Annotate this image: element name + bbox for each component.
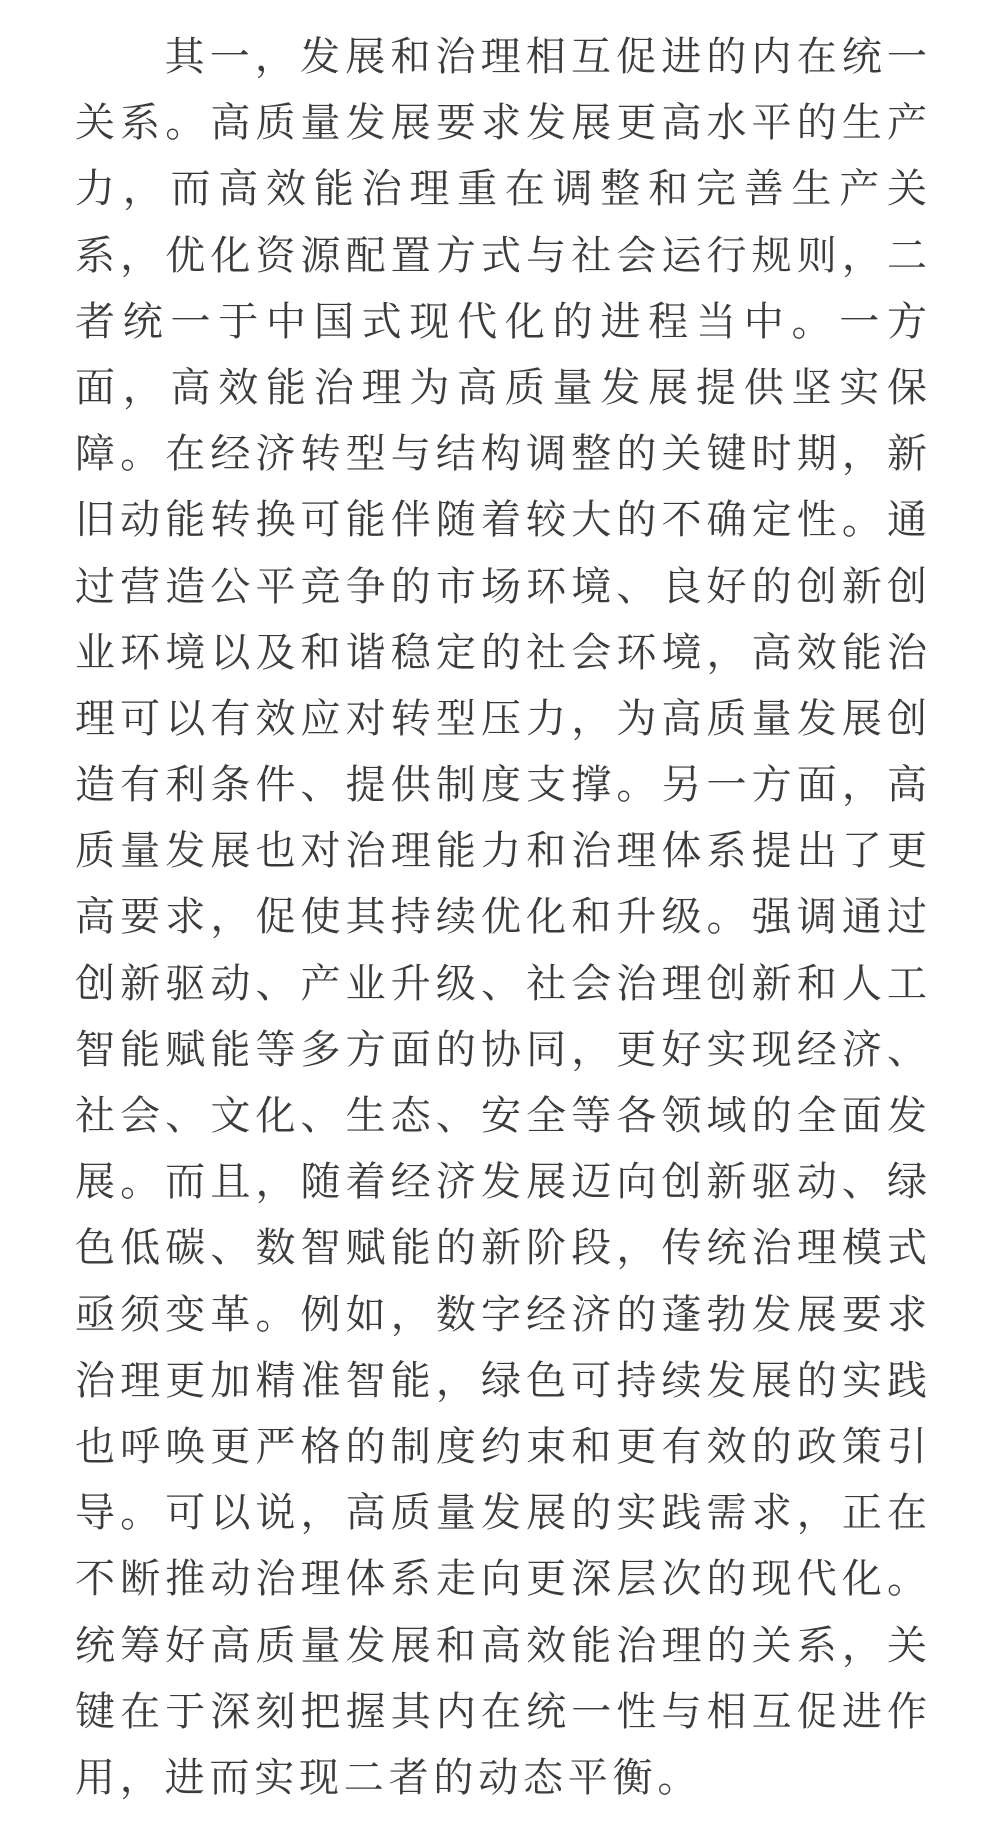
text-line: 键在于深刻把握其内在统一性与相互促进作 [75,1679,927,1745]
text-line-last: 用，进而实现二者的动态平衡。 [75,1745,927,1811]
text-line: 社会、文化、生态、安全等各领域的全面发 [75,1083,927,1149]
text-line: 展。而且，随着经济发展迈向创新驱动、绿 [75,1149,927,1215]
text-line: 旧动能转换可能伴随着较大的不确定性。通 [75,487,927,553]
text-line: 智能赋能等多方面的协同，更好实现经济、 [75,1017,927,1083]
text-line: 不断推动治理体系走向更深层次的现代化。 [75,1546,927,1612]
text-line: 色低碳、数智赋能的新阶段，传统治理模式 [75,1215,927,1281]
text-line: 高要求，促使其持续优化和升级。强调通过 [75,884,927,950]
text-line: 亟须变革。例如，数字经济的蓬勃发展要求 [75,1282,927,1348]
text-line: 导。可以说，高质量发展的实践需求，正在 [75,1480,927,1546]
text-line: 理可以有效应对转型压力，为高质量发展创 [75,686,927,752]
text-line: 造有利条件、提供制度支撑。另一方面，高 [75,752,927,818]
text-line: 质量发展也对治理能力和治理体系提出了更 [75,818,927,884]
text-line: 面，高效能治理为高质量发展提供坚实保 [75,355,927,421]
text-line: 过营造公平竞争的市场环境、良好的创新创 [75,554,927,620]
text-line: 业环境以及和谐稳定的社会环境，高效能治 [75,620,927,686]
text-line: 力，而高效能治理重在调整和完善生产关 [75,156,927,222]
text-line: 者统一于中国式现代化的进程当中。一方 [75,289,927,355]
text-line: 也呼唤更严格的制度约束和更有效的政策引 [75,1414,927,1480]
text-line: 治理更加精准智能，绿色可持续发展的实践 [75,1348,927,1414]
text-line: 障。在经济转型与结构调整的关键时期，新 [75,421,927,487]
text-line: 系，优化资源配置方式与社会运行规则，二 [75,223,927,289]
text-line: 统筹好高质量发展和高效能治理的关系，关 [75,1613,927,1679]
text-line: 创新驱动、产业升级、社会治理创新和人工 [75,951,927,1017]
text-line: 其一，发展和治理相互促进的内在统一 [75,24,927,90]
text-line: 关系。高质量发展要求发展更高水平的生产 [75,90,927,156]
article-body: 其一，发展和治理相互促进的内在统一 关系。高质量发展要求发展更高水平的生产 力，… [75,24,927,1811]
